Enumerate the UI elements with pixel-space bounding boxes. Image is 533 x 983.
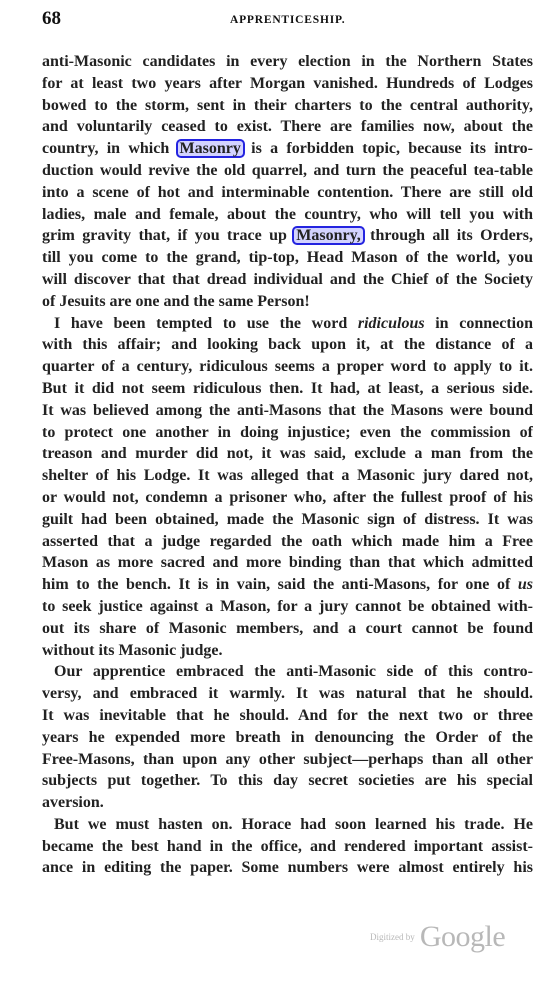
running-head: APPRENTICESHIP. bbox=[230, 14, 345, 26]
text-line: guilt had been obtained, made the Masoni… bbox=[42, 509, 533, 531]
text-segment: him to the bench. It is in vain, said th… bbox=[42, 576, 518, 593]
google-logo-text: Google bbox=[420, 920, 505, 953]
text-line: to seek justice against a Mason, for a j… bbox=[42, 596, 533, 618]
text-segment: I have been tempted to use the word bbox=[54, 315, 358, 332]
text-segment: through all its Orders, bbox=[363, 227, 533, 244]
text-line: with this affair; and looking back upon … bbox=[42, 334, 533, 356]
text-line: duction would revive the old quarrel, an… bbox=[42, 160, 533, 182]
digitized-by-google-watermark: Digitized by Google bbox=[370, 920, 505, 954]
text-line: ance in editing the paper. Some numbers … bbox=[42, 857, 533, 879]
text-line: till you come to the grand, tip-top, Hea… bbox=[42, 247, 533, 269]
text-line: country, in which Masonry is a forbidden… bbox=[42, 138, 533, 160]
text-segment: country, in which bbox=[42, 140, 178, 157]
text-line: versy, and embraced it warmly. It was na… bbox=[42, 683, 533, 705]
text-line: for at least two years after Morgan vani… bbox=[42, 73, 533, 95]
search-highlight[interactable]: Masonry, bbox=[292, 226, 364, 245]
text-segment: grim gravity that, if you trace up bbox=[42, 227, 294, 244]
text-line: or would not, condemn a prisoner who, af… bbox=[42, 487, 533, 509]
text-line: subjects put together. To this day secre… bbox=[42, 770, 533, 792]
italic-word: us bbox=[518, 576, 533, 593]
text-line: Free-Masons, than upon any other subject… bbox=[42, 749, 533, 771]
page-number: 68 bbox=[42, 8, 61, 30]
text-line: ladies, male and female, about the count… bbox=[42, 204, 533, 226]
text-line: to protect one another in doing injustic… bbox=[42, 422, 533, 444]
text-line: aversion. bbox=[42, 792, 533, 814]
text-line: bowed to the storm, sent in their charte… bbox=[42, 95, 533, 117]
text-segment: in connection bbox=[425, 315, 533, 332]
text-line: Our apprentice embraced the anti-Masonic… bbox=[42, 661, 533, 683]
text-line: shelter of his Lodge. It was alleged tha… bbox=[42, 465, 533, 487]
text-line: But it did not seem ridiculous then. It … bbox=[42, 378, 533, 400]
text-line: asserted that a judge regarded the oath … bbox=[42, 531, 533, 553]
text-line: him to the bench. It is in vain, said th… bbox=[42, 574, 533, 596]
text-line: Mason as more sacred and more binding th… bbox=[42, 552, 533, 574]
text-line: into a scene of hot and interminable con… bbox=[42, 182, 533, 204]
text-line: I have been tempted to use the word ridi… bbox=[42, 313, 533, 335]
text-line: years he expended more breath in denounc… bbox=[42, 727, 533, 749]
text-line: It was believed among the anti-Masons th… bbox=[42, 400, 533, 422]
text-line: out its share of Masonic members, and a … bbox=[42, 618, 533, 640]
text-line: of Jesuits are one and the same Person! bbox=[42, 291, 533, 313]
text-line: grim gravity that, if you trace up Mason… bbox=[42, 225, 533, 247]
page-header: 68 APPRENTICESHIP. bbox=[42, 8, 533, 34]
book-page: 68 APPRENTICESHIP. anti-Masonic candidat… bbox=[0, 0, 533, 983]
watermark-prefix: Digitized by bbox=[370, 932, 415, 942]
text-segment: is a forbidden topic, because its intro- bbox=[243, 140, 533, 157]
search-highlight[interactable]: Masonry bbox=[176, 139, 245, 158]
text-line: treason and murder did not, it was said,… bbox=[42, 443, 533, 465]
text-line: anti-Masonic candidates in every electio… bbox=[42, 51, 533, 73]
text-line: became the best hand in the office, and … bbox=[42, 836, 533, 858]
text-line: without its Masonic judge. bbox=[42, 640, 533, 662]
body-text: anti-Masonic candidates in every electio… bbox=[42, 51, 533, 879]
text-line: It was inevitable that he should. And fo… bbox=[42, 705, 533, 727]
text-line: will discover that that dread individual… bbox=[42, 269, 533, 291]
text-line: and voluntarily ceased to exist. There a… bbox=[42, 116, 533, 138]
text-line: But we must hasten on. Horace had soon l… bbox=[42, 814, 533, 836]
italic-word: ridiculous bbox=[358, 315, 425, 332]
text-line: quarter of a century, ridiculous seems a… bbox=[42, 356, 533, 378]
